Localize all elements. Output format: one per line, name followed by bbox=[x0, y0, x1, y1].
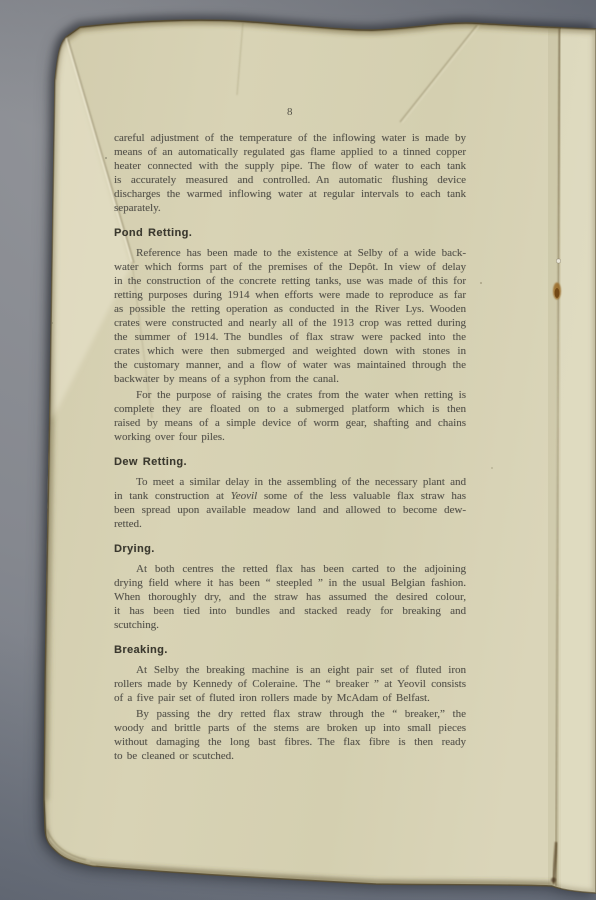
document-section: Breaking.At Selby the breaking machine i… bbox=[114, 643, 466, 763]
text-line: in tank construction at Yeovil some of t… bbox=[114, 489, 466, 503]
text-line: to be cleaned or scutched. bbox=[114, 749, 466, 763]
bottom-stain bbox=[551, 878, 556, 883]
paragraph: careful adjustment of the temperature of… bbox=[114, 131, 466, 215]
brown-stain-core bbox=[555, 288, 560, 298]
document-section: Pond Retting.Reference has been made to … bbox=[114, 226, 466, 444]
text-line: is accurately measured and controlled. A… bbox=[114, 173, 466, 187]
scanned-document-photo: 8 careful adjustment of the temperature … bbox=[0, 0, 596, 900]
document-section: Drying.At both centres the retted flax h… bbox=[114, 542, 466, 632]
text-line: crates which were then submerged and wei… bbox=[114, 344, 466, 358]
document-section: Dew Retting.To meet a similar delay in t… bbox=[114, 455, 466, 531]
print-speck bbox=[480, 282, 482, 284]
text-line: working over four piles. bbox=[114, 430, 466, 444]
text-line: in the construction of the concrete rett… bbox=[114, 274, 466, 288]
text-line: By passing the dry retted flax straw thr… bbox=[114, 707, 466, 721]
text-line: heater connected with the supply pipe. T… bbox=[114, 159, 466, 173]
text-line: crates were constructed and nearly all o… bbox=[114, 316, 466, 330]
text-line: without damaging the long bast fibres. T… bbox=[114, 735, 466, 749]
text-line: At both centres the retted flax has been… bbox=[114, 562, 466, 576]
text-line: rollers made by Kennedy of Coleraine. Th… bbox=[114, 677, 466, 691]
text-line: At Selby the breaking machine is an eigh… bbox=[114, 663, 466, 677]
text-line: separately. bbox=[114, 201, 466, 215]
text-line: raised by means of a simple device of wo… bbox=[114, 416, 466, 430]
text-line: drying field where it has been “ steeple… bbox=[114, 576, 466, 590]
text-line: complete they are floated on to a submer… bbox=[114, 402, 466, 416]
print-speck bbox=[105, 157, 107, 159]
text-line: For the purpose of raising the crates fr… bbox=[114, 388, 466, 402]
text-line: as possible the retting operation as con… bbox=[114, 302, 466, 316]
section-heading: Dew Retting. bbox=[114, 455, 466, 469]
text-column: careful adjustment of the temperature of… bbox=[114, 131, 466, 763]
section-heading: Pond Retting. bbox=[114, 226, 466, 240]
print-speck bbox=[491, 467, 493, 469]
section-heading: Drying. bbox=[114, 542, 466, 556]
text-line: it has been tied into bundles and stacke… bbox=[114, 604, 466, 618]
text-line: woody and brittle parts of the stems are… bbox=[114, 721, 466, 735]
white-speck bbox=[556, 259, 560, 263]
text-line: means of an automatically regulated gas … bbox=[114, 145, 466, 159]
paragraph: At Selby the breaking machine is an eigh… bbox=[114, 663, 466, 705]
text-line: water which forms part of the premises o… bbox=[114, 260, 466, 274]
text-line: the customary manner, and a flow of wate… bbox=[114, 358, 466, 372]
document-section: careful adjustment of the temperature of… bbox=[114, 131, 466, 215]
paragraph: By passing the dry retted flax straw thr… bbox=[114, 707, 466, 763]
text-line: retted. bbox=[114, 517, 466, 531]
page-number: 8 bbox=[114, 106, 466, 120]
paragraph: For the purpose of raising the crates fr… bbox=[114, 388, 466, 444]
section-heading: Breaking. bbox=[114, 643, 466, 657]
text-line: scutching. bbox=[114, 618, 466, 632]
text-line: careful adjustment of the temperature of… bbox=[114, 131, 466, 145]
paragraph: At both centres the retted flax has been… bbox=[114, 562, 466, 632]
print-speck bbox=[51, 322, 53, 324]
text-line: the summer of 1914. The bundles of flax … bbox=[114, 330, 466, 344]
text-line: backwater by means of a syphon from the … bbox=[114, 372, 466, 386]
text-line: been spread upon available meadow land a… bbox=[114, 503, 466, 517]
crease-right-strip bbox=[561, 24, 596, 900]
text-line: Reference has been made to the existence… bbox=[114, 246, 466, 260]
paragraph: Reference has been made to the existence… bbox=[114, 246, 466, 386]
paragraph: To meet a similar delay in the assemblin… bbox=[114, 475, 466, 531]
text-line: retting purposes during 1914 when effort… bbox=[114, 288, 466, 302]
text-line: of a five pair set of fluted iron roller… bbox=[114, 691, 466, 705]
text-line: When thoroughly dry, and the straw has a… bbox=[114, 590, 466, 604]
text-line: discharges the warmed inflowing water at… bbox=[114, 187, 466, 201]
text-line: To meet a similar delay in the assemblin… bbox=[114, 475, 466, 489]
